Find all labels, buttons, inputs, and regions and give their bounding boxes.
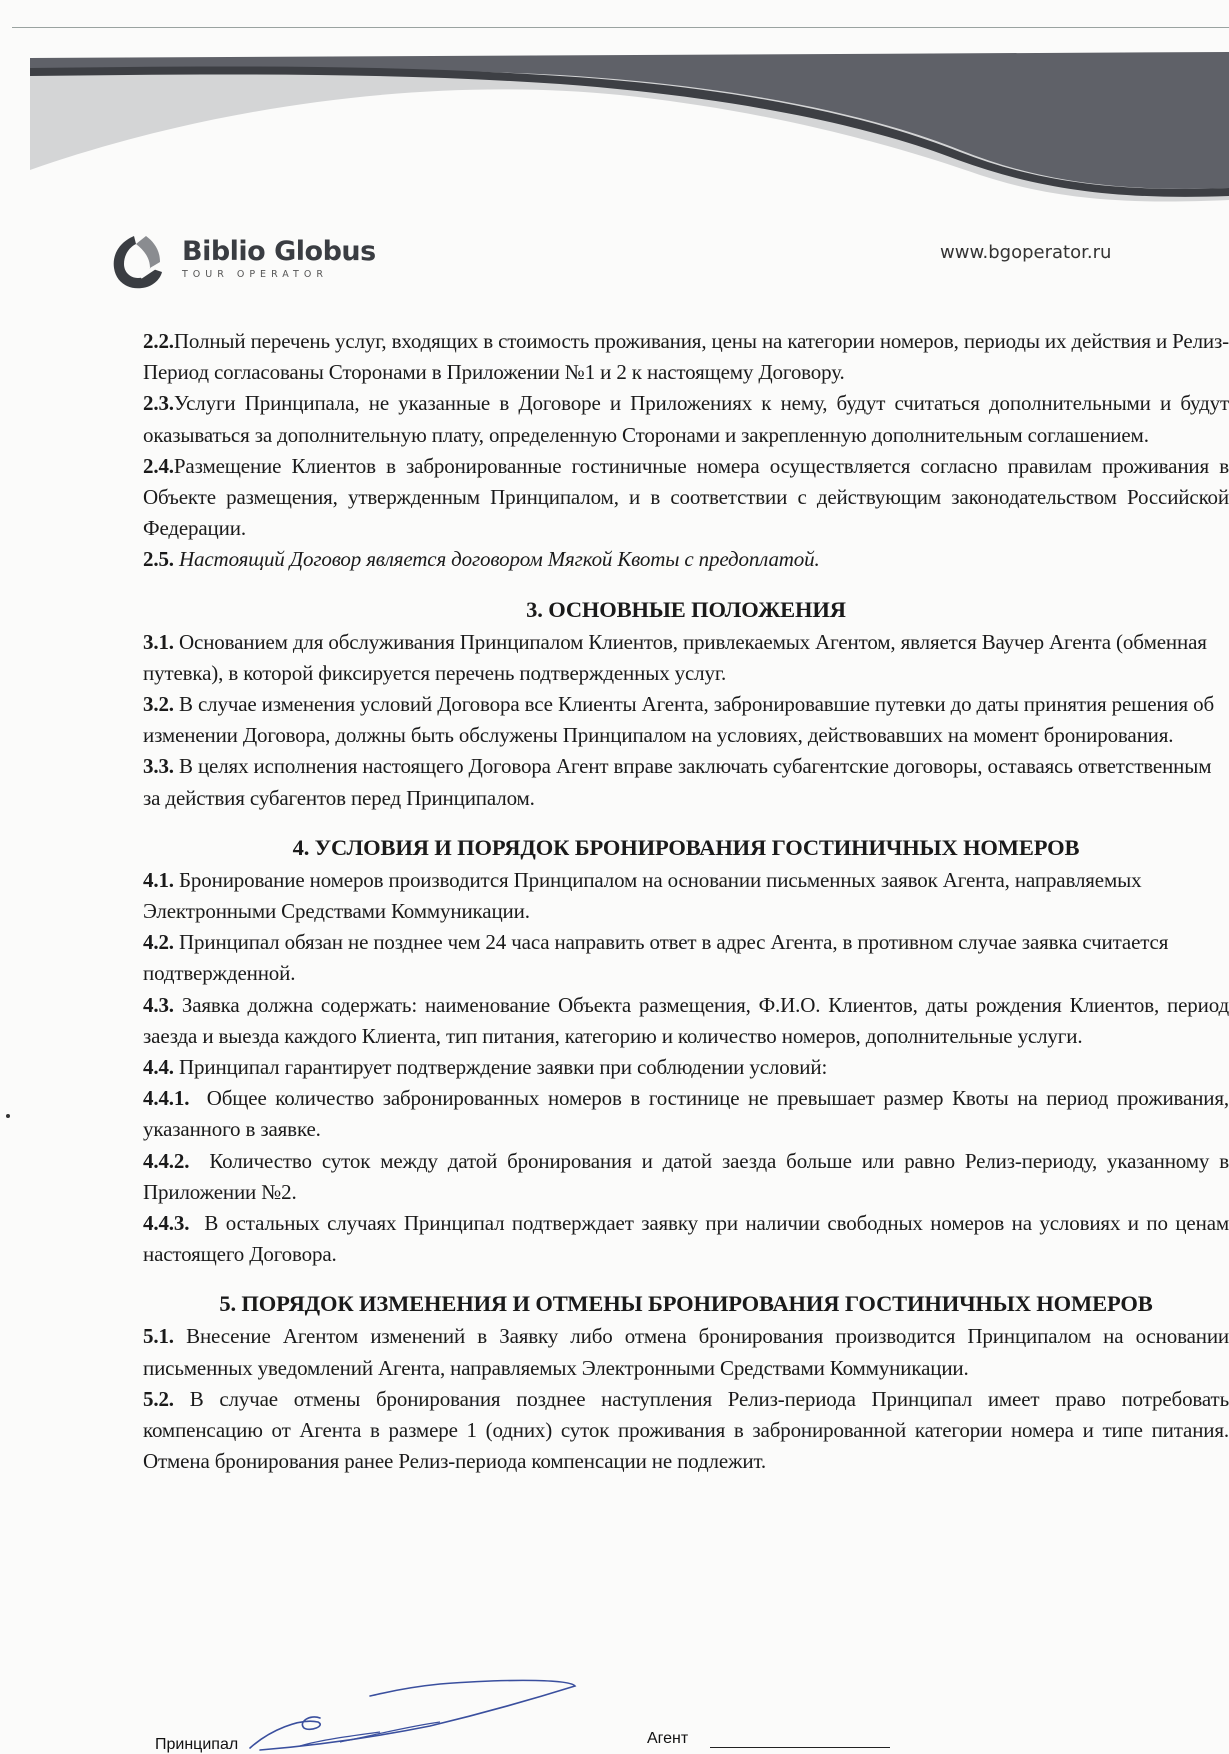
clause-5-2: 5.2. В случае отмены бронирования поздне… xyxy=(143,1384,1229,1478)
clause-2-4: 2.4.Размещение Клиентов в забронированны… xyxy=(143,451,1229,545)
section-5-title: 5. ПОРЯДОК ИЗМЕНЕНИЯ И ОТМЕНЫ БРОНИРОВАН… xyxy=(143,1287,1229,1321)
scan-speck xyxy=(6,1114,10,1118)
brand-subtitle: TOUR OPERATOR xyxy=(182,269,376,280)
principal-label: Принципал xyxy=(155,1736,238,1754)
clause-2-5: 2.5. Настоящий Договор является договоро… xyxy=(143,544,1229,575)
agent-signature-line xyxy=(710,1747,890,1748)
clause-4-4-2: 4.4.2. Количество суток между датой брон… xyxy=(143,1146,1229,1208)
clause-4-3: 4.3. Заявка должна содержать: наименован… xyxy=(143,990,1229,1052)
clause-5-1: 5.1. Внесение Агентом изменений в Заявку… xyxy=(143,1321,1229,1383)
clause-2-3: 2.3.Услуги Принципала, не указанные в До… xyxy=(143,388,1229,450)
section-2: 2.2.Полный перечень услуг, входящих в ст… xyxy=(143,326,1229,576)
section-3-title: 3. ОСНОВНЫЕ ПОЛОЖЕНИЯ xyxy=(143,593,1229,627)
clause-4-2: 4.2. Принципал обязан не позднее чем 24 … xyxy=(143,927,1229,989)
header-wave-banner xyxy=(0,0,1229,220)
clause-3-2: 3.2. В случае изменения условий Договора… xyxy=(143,689,1229,751)
signature-block: Принципал Агент xyxy=(150,1700,1150,1754)
clause-2-2: 2.2.Полный перечень услуг, входящих в ст… xyxy=(143,326,1229,388)
section-4-title: 4. УСЛОВИЯ И ПОРЯДОК БРОНИРОВАНИЯ ГОСТИН… xyxy=(143,831,1229,865)
clause-4-1: 4.1. Бронирование номеров производится П… xyxy=(143,865,1229,927)
clause-4-4-1: 4.4.1. Общее количество забронированных … xyxy=(143,1083,1229,1145)
brand-logo: Biblio Globus TOUR OPERATOR xyxy=(106,232,376,294)
document-body: 2.2.Полный перечень услуг, входящих в ст… xyxy=(143,326,1229,1478)
section-4: 4. УСЛОВИЯ И ПОРЯДОК БРОНИРОВАНИЯ ГОСТИН… xyxy=(143,831,1229,1271)
biblio-globus-logo-icon xyxy=(106,232,172,294)
clause-4-4-3: 4.4.3. В остальных случаях Принципал под… xyxy=(143,1208,1229,1270)
clause-3-3: 3.3. В целях исполнения настоящего Догов… xyxy=(143,751,1229,813)
section-3: 3. ОСНОВНЫЕ ПОЛОЖЕНИЯ 3.1. Основанием дл… xyxy=(143,593,1229,814)
website-url: www.bgoperator.ru xyxy=(940,242,1111,263)
clause-4-4: 4.4. Принципал гарантирует подтверждение… xyxy=(143,1052,1229,1083)
agent-label: Агент xyxy=(647,1730,688,1748)
section-5: 5. ПОРЯДОК ИЗМЕНЕНИЯ И ОТМЕНЫ БРОНИРОВАН… xyxy=(143,1287,1229,1477)
brand-name: Biblio Globus xyxy=(182,237,376,267)
clause-3-1: 3.1. Основанием для обслуживания Принцип… xyxy=(143,627,1229,689)
